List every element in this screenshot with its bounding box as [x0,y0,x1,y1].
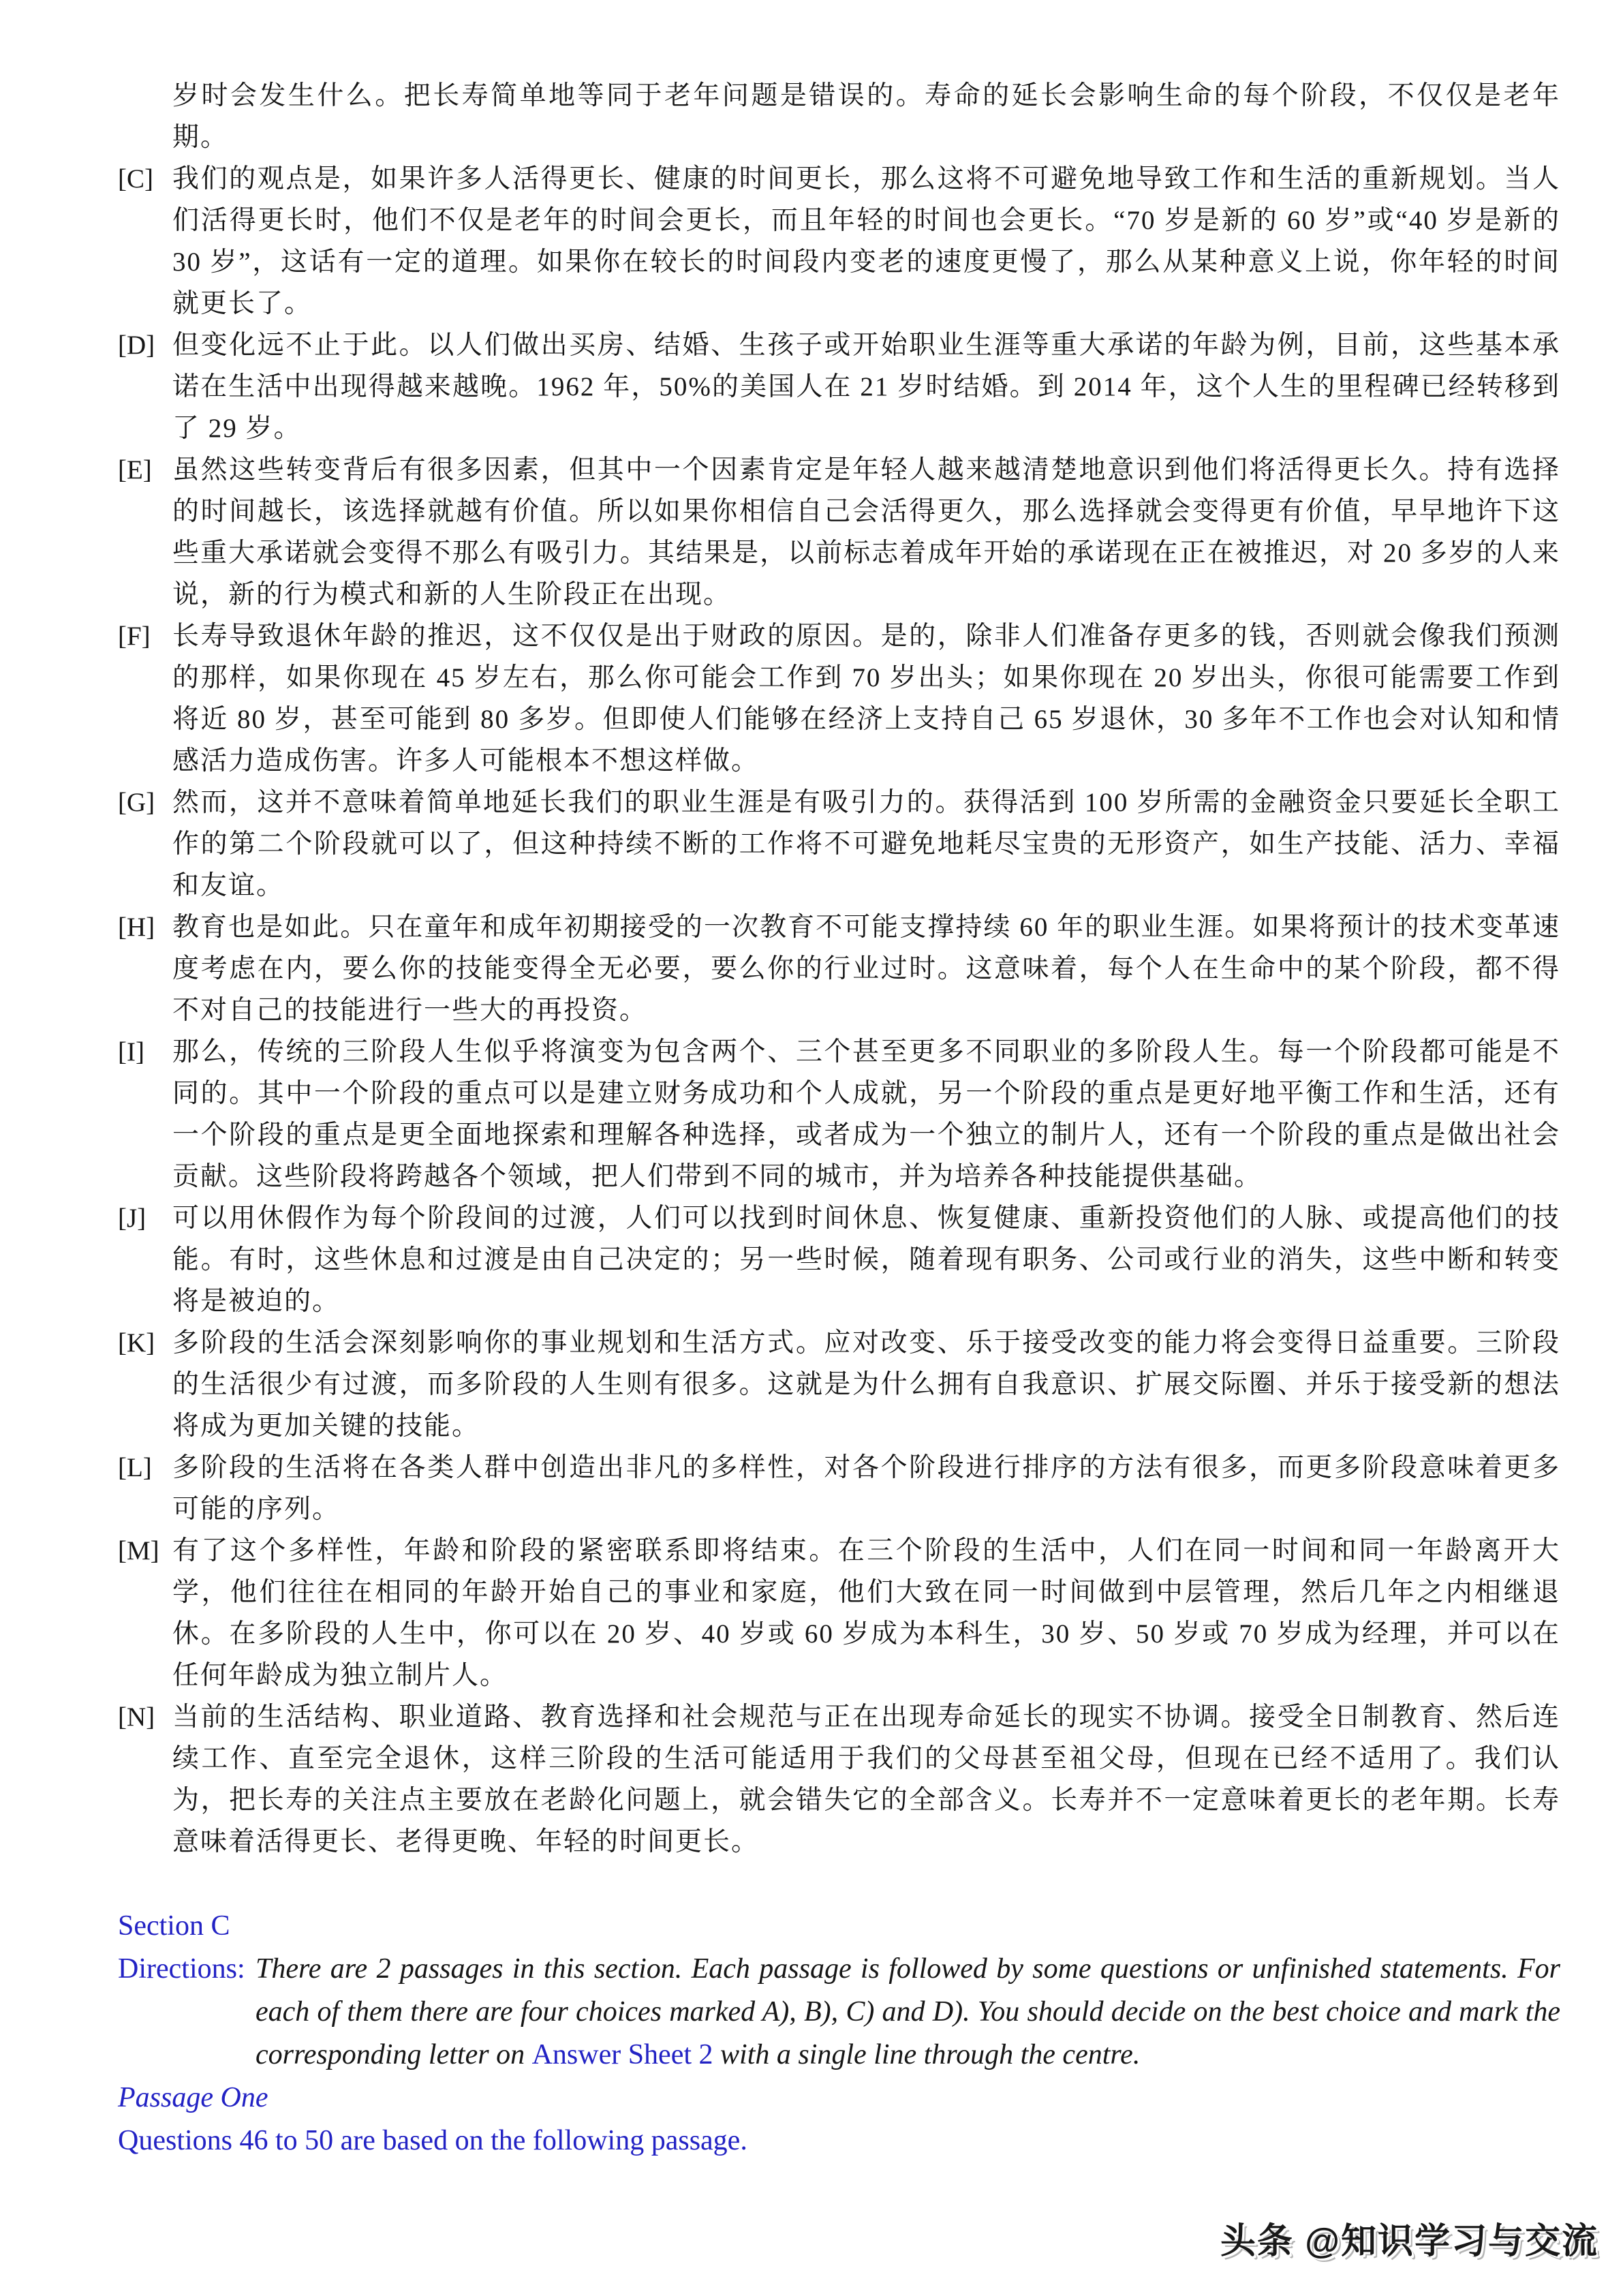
passage-paragraph: [N] 当前的生活结构、职业道路、教育选择和社会规范与正在出现寿命延长的现实不协… [118,1696,1560,1863]
passage-paragraph: [E] 虽然这些转变背后有很多因素，但其中一个因素肯定是年轻人越来越清楚地意识到… [118,449,1560,615]
answer-sheet-reference: Answer Sheet 2 [532,2039,713,2070]
paragraph-label: [D] [118,324,155,366]
directions-label: Directions: [118,1948,245,1991]
paragraph-label: [G] [118,782,155,823]
passage-paragraph: [C] 我们的观点是，如果许多人活得更长、健康的时间更长，那么这将不可避免地导致… [118,158,1560,324]
paragraph-text: 多阶段的生活将在各类人群中创造出非凡的多样性，对各个阶段进行排序的方法有很多，而… [172,1453,1560,1524]
directions-text-part2: with a single line through the centre. [713,2039,1141,2070]
paragraph-text: 长寿导致退休年龄的推迟，这不仅仅是出于财政的原因。是的，除非人们准备存更多的钱，… [172,622,1560,776]
paragraph-label: [M] [118,1530,159,1572]
questions-intro: Questions 46 to 50 are based on the foll… [118,2119,1560,2162]
section-heading: Section C [118,1905,1560,1948]
paragraph-label: [H] [118,906,155,948]
paragraph-text: 那么，传统的三阶段人生似乎将演变为包含两个、三个甚至更多不同职业的多阶段人生。每… [172,1037,1560,1191]
paragraph-label: [J] [118,1197,146,1239]
passage-paragraph: [G] 然而，这并不意味着简单地延长我们的职业生涯是有吸引力的。获得活到 100… [118,782,1560,906]
paragraph-text: 有了这个多样性，年龄和阶段的紧密联系即将结束。在三个阶段的生活中，人们在同一时间… [172,1536,1560,1690]
passage-paragraph: [H] 教育也是如此。只在童年和成年初期接受的一次教育不可能支撑持续 60 年的… [118,906,1560,1031]
passage-paragraph: [D] 但变化远不止于此。以人们做出买房、结婚、生孩子或开始职业生涯等重大承诺的… [118,324,1560,449]
passage-paragraph: [I] 那么，传统的三阶段人生似乎将演变为包含两个、三个甚至更多不同职业的多阶段… [118,1031,1560,1197]
paragraph-label: [E] [118,449,152,491]
passage-one-heading: Passage One [118,2077,1560,2119]
paragraph-label: [N] [118,1696,155,1738]
paragraph-label: [C] [118,158,153,200]
passage-paragraph: [K] 多阶段的生活会深刻影响你的事业规划和生活方式。应对改变、乐于接受改变的能… [118,1322,1560,1447]
paragraph-text: 当前的生活结构、职业道路、教育选择和社会规范与正在出现寿命延长的现实不协调。接受… [172,1702,1560,1856]
passage-paragraph: [J] 可以用休假作为每个阶段间的过渡，人们可以找到时间休息、恢复健康、重新投资… [118,1197,1560,1322]
passage-paragraph: [M] 有了这个多样性，年龄和阶段的紧密联系即将结束。在三个阶段的生活中，人们在… [118,1530,1560,1696]
directions: Directions: There are 2 passages in this… [118,1948,1560,2077]
paragraph-text: 教育也是如此。只在童年和成年初期接受的一次教育不可能支撑持续 60 年的职业生涯… [172,913,1560,1025]
paragraph-label: [L] [118,1447,152,1488]
paragraph-label: [K] [118,1322,155,1364]
watermark: 头条 @知识学习与交流 [1220,2212,1598,2263]
paragraph-label: [F] [118,615,151,657]
paragraph-label: [I] [118,1031,144,1073]
paragraph-text: 岁时会发生什么。把长寿简单地等同于老年问题是错误的。寿命的延长会影响生命的每个阶… [172,81,1560,152]
section-c-block: Section C Directions: There are 2 passag… [118,1905,1560,2162]
passage-paragraph: 岁时会发生什么。把长寿简单地等同于老年问题是错误的。寿命的延长会影响生命的每个阶… [118,75,1560,158]
paragraph-text: 我们的观点是，如果许多人活得更长、健康的时间更长，那么这将不可避免地导致工作和生… [172,164,1560,318]
document-page: 岁时会发生什么。把长寿简单地等同于老年问题是错误的。寿命的延长会影响生命的每个阶… [0,0,1623,2162]
passage-paragraph: [L] 多阶段的生活将在各类人群中创造出非凡的多样性，对各个阶段进行排序的方法有… [118,1447,1560,1530]
paragraph-text: 然而，这并不意味着简单地延长我们的职业生涯是有吸引力的。获得活到 100 岁所需… [172,788,1560,900]
paragraph-text: 多阶段的生活会深刻影响你的事业规划和生活方式。应对改变、乐于接受改变的能力将会变… [172,1328,1560,1441]
passage-paragraph: [F] 长寿导致退休年龄的推迟，这不仅仅是出于财政的原因。是的，除非人们准备存更… [118,615,1560,782]
paragraph-text: 但变化远不止于此。以人们做出买房、结婚、生孩子或开始职业生涯等重大承诺的年龄为例… [172,331,1560,443]
paragraph-text: 可以用休假作为每个阶段间的过渡，人们可以找到时间休息、恢复健康、重新投资他们的人… [172,1204,1560,1316]
paragraph-text: 虽然这些转变背后有很多因素，但其中一个因素肯定是年轻人越来越清楚地意识到他们将活… [172,455,1560,609]
